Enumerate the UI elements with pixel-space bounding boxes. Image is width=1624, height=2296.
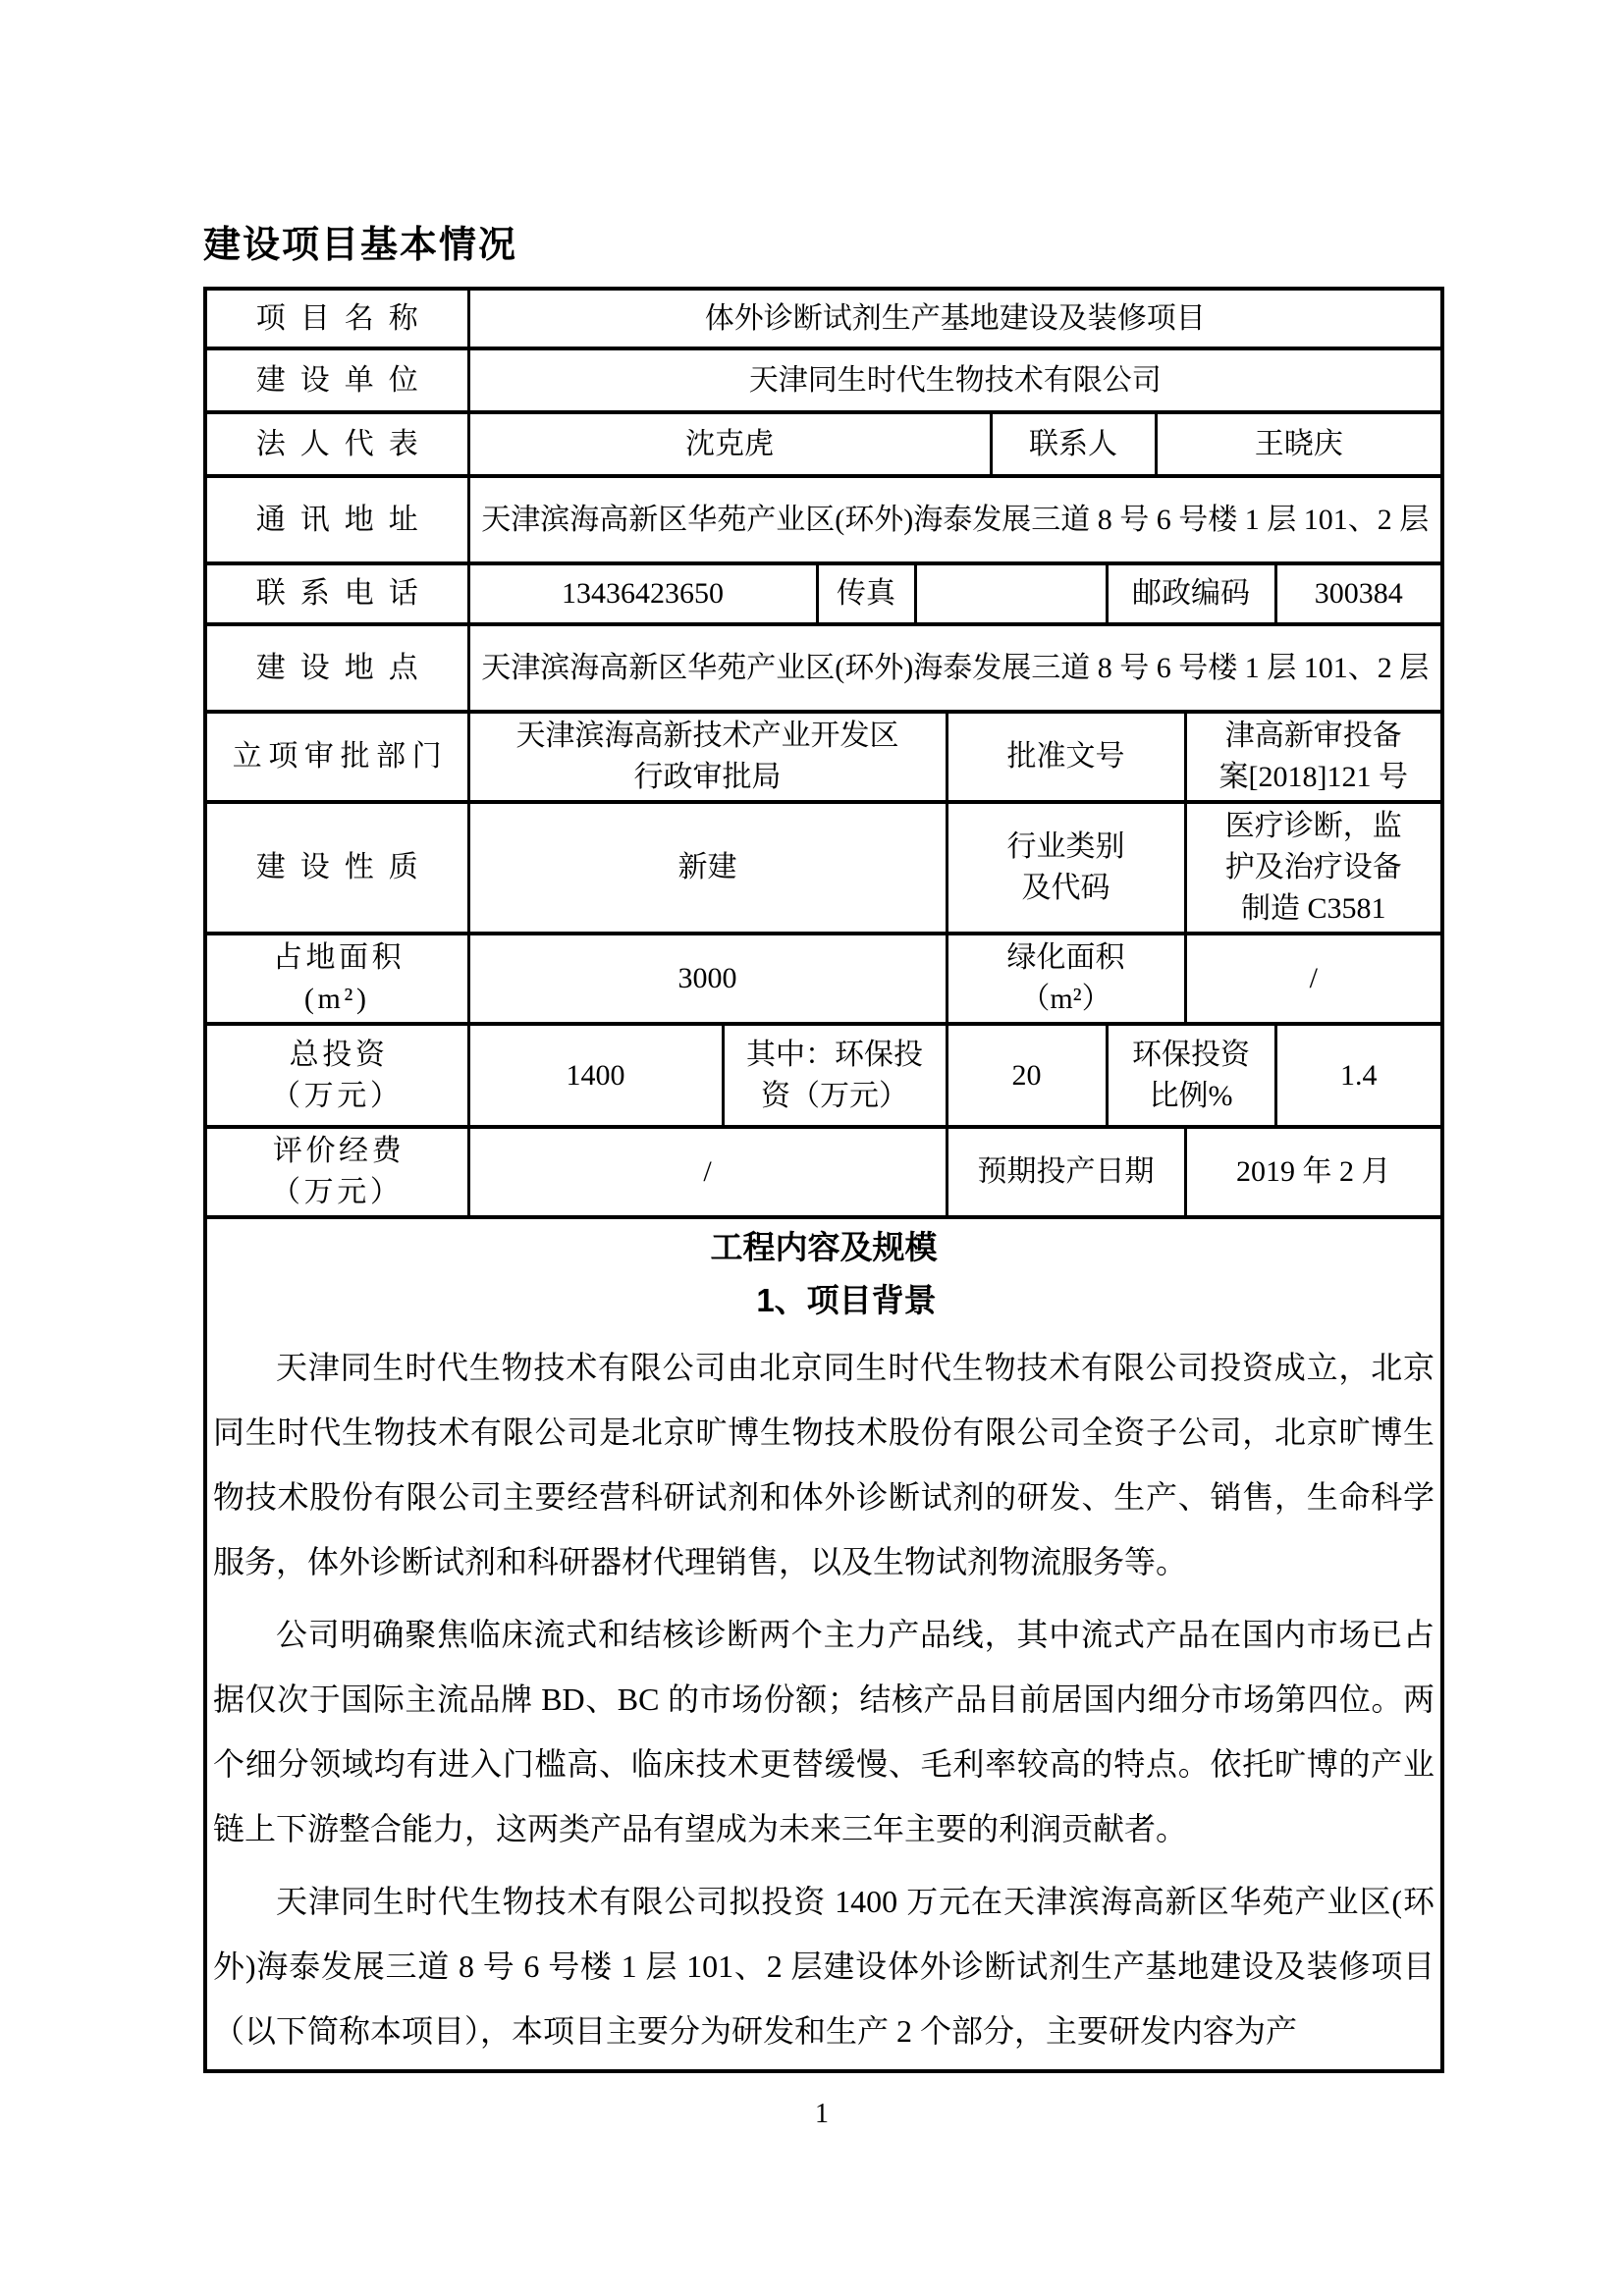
construction-site-label: 建设地点 xyxy=(205,624,468,712)
phone-label: 联系电话 xyxy=(205,563,468,624)
background-paragraph-2: 公司明确聚焦临床流式和结核诊断两个主力产品线，其中流式产品在国内市场已占据仅次于… xyxy=(213,1602,1435,1861)
document-page: 建设项目基本情况 项目名称 体外诊断试剂生产基地建设及装修项目 建设单位 天津同… xyxy=(0,0,1624,2296)
evaluation-fee-value: / xyxy=(468,1127,947,1217)
production-date-value: 2019 年 2 月 xyxy=(1185,1127,1442,1217)
row-construction-nature: 建设性质 新建 行业类别 及代码 医疗诊断，监 护及治疗设备 制造 C3581 xyxy=(205,802,1442,934)
project-content-cell: 工程内容及规模 1、项目背景 天津同生时代生物技术有限公司由北京同生时代生物技术… xyxy=(205,1217,1442,2071)
row-mailing-address: 通讯地址 天津滨海高新区华苑产业区(环外)海泰发展三道 8 号 6 号楼 1 层… xyxy=(205,476,1442,563)
evaluation-fee-label: 评价经费 （万元） xyxy=(205,1127,468,1217)
env-ratio-label: 环保投资 比例% xyxy=(1107,1024,1275,1127)
fax-label: 传真 xyxy=(817,563,915,624)
fax-value xyxy=(915,563,1107,624)
approval-doc-label: 批准文号 xyxy=(947,712,1185,802)
construction-nature-label: 建设性质 xyxy=(205,802,468,934)
row-total-investment: 总投资 （万元） 1400 其中：环保投 资（万元） 20 环保投资 比例% 1… xyxy=(205,1024,1442,1127)
env-investment-value: 20 xyxy=(947,1024,1107,1127)
project-basic-info-table: 项目名称 体外诊断试剂生产基地建设及装修项目 建设单位 天津同生时代生物技术有限… xyxy=(203,287,1444,2073)
green-area-value: / xyxy=(1185,934,1442,1024)
contact-person-value: 王晓庆 xyxy=(1156,412,1442,476)
legal-representative-value: 沈克虎 xyxy=(468,412,991,476)
approval-doc-value: 津高新审投备 案[2018]121 号 xyxy=(1185,712,1442,802)
approval-department-value: 天津滨海高新技术产业开发区 行政审批局 xyxy=(468,712,947,802)
row-land-area: 占地面积 (m²) 3000 绿化面积 （m²） / xyxy=(205,934,1442,1024)
project-name-value: 体外诊断试剂生产基地建设及装修项目 xyxy=(468,289,1442,348)
row-project-content: 工程内容及规模 1、项目背景 天津同生时代生物技术有限公司由北京同生时代生物技术… xyxy=(205,1217,1442,2071)
page-title: 建设项目基本情况 xyxy=(203,214,517,268)
row-evaluation-fee: 评价经费 （万元） / 预期投产日期 2019 年 2 月 xyxy=(205,1127,1442,1217)
row-construction-site: 建设地点 天津滨海高新区华苑产业区(环外)海泰发展三道 8 号 6 号楼 1 层… xyxy=(205,624,1442,712)
industry-value: 医疗诊断，监 护及治疗设备 制造 C3581 xyxy=(1185,802,1442,934)
phone-value: 13436423650 xyxy=(468,563,817,624)
row-construction-unit: 建设单位 天津同生时代生物技术有限公司 xyxy=(205,348,1442,412)
contact-person-label: 联系人 xyxy=(991,412,1156,476)
postcode-label: 邮政编码 xyxy=(1107,563,1275,624)
page-number: 1 xyxy=(203,2099,1440,2130)
green-area-label: 绿化面积 （m²） xyxy=(947,934,1185,1024)
background-paragraph-1: 天津同生时代生物技术有限公司由北京同生时代生物技术有限公司投资成立，北京同生时代… xyxy=(213,1335,1435,1594)
row-project-name: 项目名称 体外诊断试剂生产基地建设及装修项目 xyxy=(205,289,1442,348)
row-legal-representative: 法人代表 沈克虎 联系人 王晓庆 xyxy=(205,412,1442,476)
background-paragraph-3: 天津同生时代生物技术有限公司拟投资 1400 万元在天津滨海高新区华苑产业区(环… xyxy=(213,1869,1435,2063)
mailing-address-label: 通讯地址 xyxy=(205,476,468,563)
land-area-value: 3000 xyxy=(468,934,947,1024)
legal-representative-label: 法人代表 xyxy=(205,412,468,476)
total-investment-label: 总投资 （万元） xyxy=(205,1024,468,1127)
total-investment-value: 1400 xyxy=(468,1024,723,1127)
industry-label: 行业类别 及代码 xyxy=(947,802,1185,934)
construction-site-value: 天津滨海高新区华苑产业区(环外)海泰发展三道 8 号 6 号楼 1 层 101、… xyxy=(468,624,1442,712)
row-phone: 联系电话 13436423650 传真 邮政编码 300384 xyxy=(205,563,1442,624)
land-area-label: 占地面积 (m²) xyxy=(205,934,468,1024)
approval-department-label: 立项审批部门 xyxy=(205,712,468,802)
construction-unit-value: 天津同生时代生物技术有限公司 xyxy=(468,348,1442,412)
production-date-label: 预期投产日期 xyxy=(947,1127,1185,1217)
postcode-value: 300384 xyxy=(1275,563,1442,624)
mailing-address-value: 天津滨海高新区华苑产业区(环外)海泰发展三道 8 号 6 号楼 1 层 101、… xyxy=(468,476,1442,563)
section-heading: 工程内容及规模 xyxy=(213,1225,1435,1270)
project-name-label: 项目名称 xyxy=(205,289,468,348)
construction-unit-label: 建设单位 xyxy=(205,348,468,412)
env-investment-label: 其中：环保投 资（万元） xyxy=(723,1024,947,1127)
section-subheading: 1、项目背景 xyxy=(258,1278,1435,1323)
env-ratio-value: 1.4 xyxy=(1275,1024,1442,1127)
row-approval-department: 立项审批部门 天津滨海高新技术产业开发区 行政审批局 批准文号 津高新审投备 案… xyxy=(205,712,1442,802)
construction-nature-value: 新建 xyxy=(468,802,947,934)
